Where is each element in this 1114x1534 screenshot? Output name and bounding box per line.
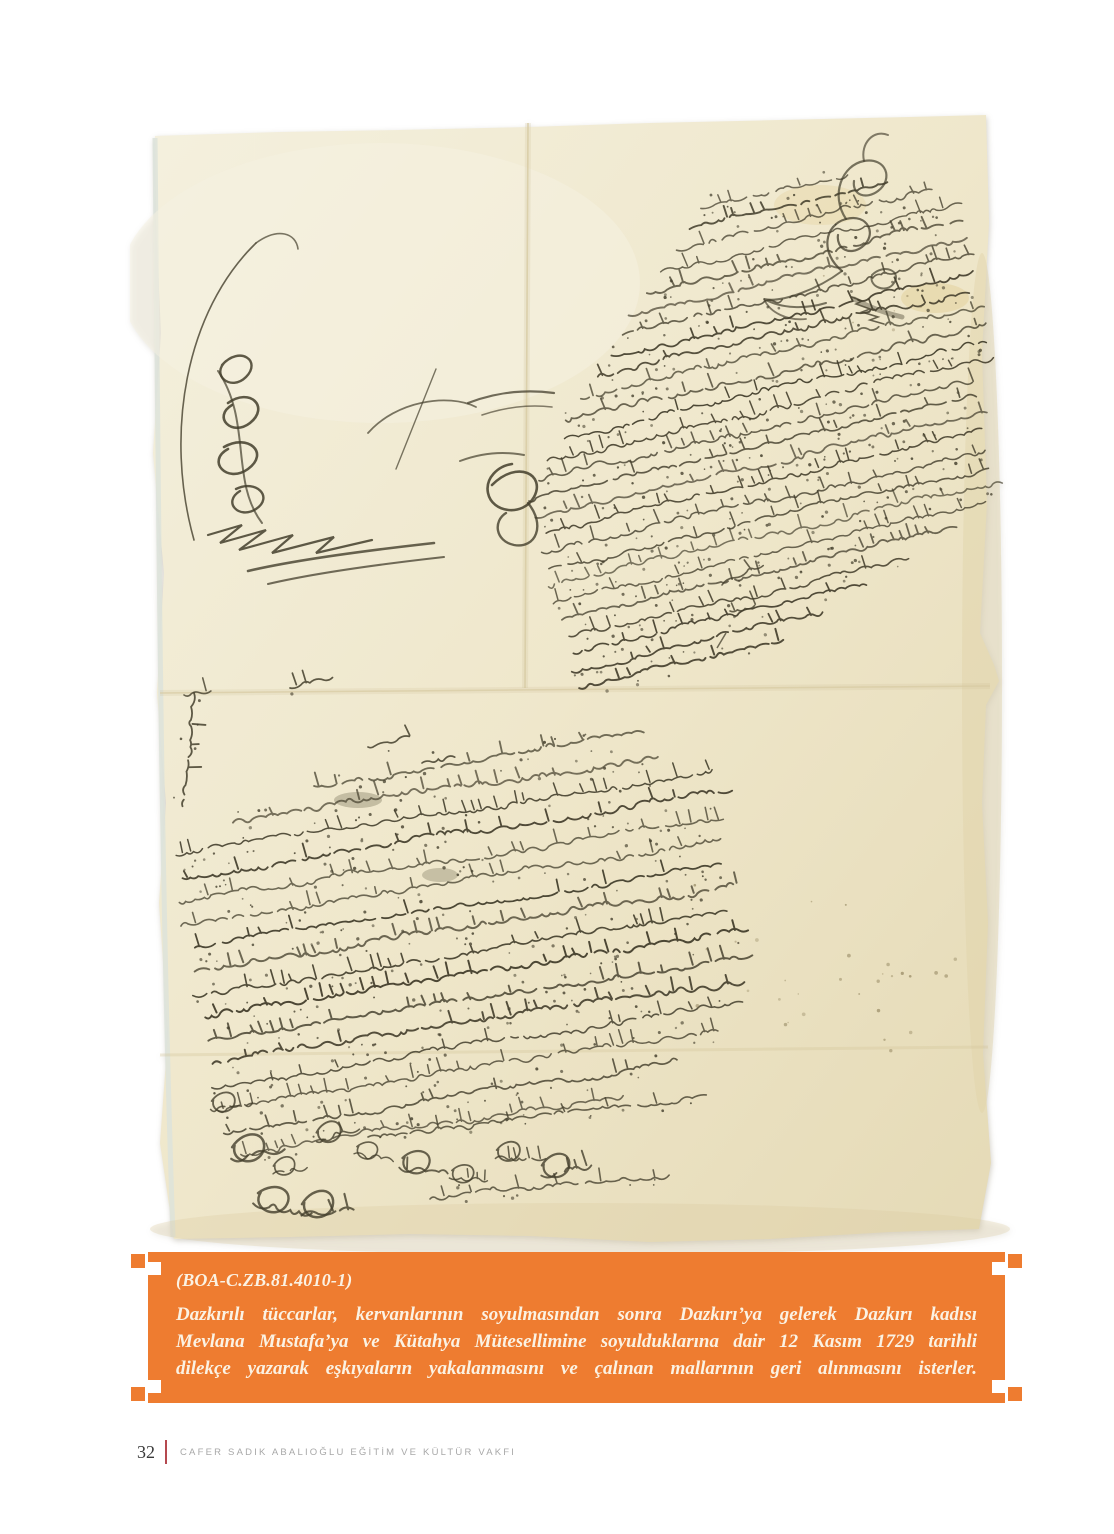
caption-line: dilekçe yazarak eşkıyaların yakalanmasın… xyxy=(176,1355,977,1382)
archive-reference: (BOA-C.ZB.81.4010-1) xyxy=(176,1269,977,1291)
corner-square-icon xyxy=(1008,1254,1022,1268)
page-number: 32 xyxy=(137,1442,155,1463)
caption-text: Dazkırılı tüccarlar, kervanlarının soyul… xyxy=(176,1301,977,1382)
document-photo xyxy=(130,103,1010,1253)
corner-notch-icon xyxy=(148,1380,161,1393)
book-page: (BOA-C.ZB.81.4010-1) Dazkırılı tüccarlar… xyxy=(0,0,1114,1534)
page-footer: 32 CAFER SADIK ABALIOĞLU EĞİTİM VE KÜLTÜ… xyxy=(137,1438,516,1466)
corner-notch-icon xyxy=(992,1262,1005,1275)
corner-notch-icon xyxy=(992,1380,1005,1393)
document-scan-image xyxy=(130,103,1010,1253)
footer-divider xyxy=(165,1440,167,1464)
corner-notch-icon xyxy=(148,1262,161,1275)
caption-line: Mevlana Mustafa’ya ve Kütahya Mütesellim… xyxy=(176,1328,977,1355)
corner-square-icon xyxy=(1008,1387,1022,1401)
caption-box: (BOA-C.ZB.81.4010-1) Dazkırılı tüccarlar… xyxy=(148,1252,1005,1403)
corner-square-icon xyxy=(131,1254,145,1268)
publisher-name: CAFER SADIK ABALIOĞLU EĞİTİM VE KÜLTÜR V… xyxy=(180,1447,516,1458)
caption-line: Dazkırılı tüccarlar, kervanlarının soyul… xyxy=(176,1301,977,1328)
corner-square-icon xyxy=(131,1387,145,1401)
